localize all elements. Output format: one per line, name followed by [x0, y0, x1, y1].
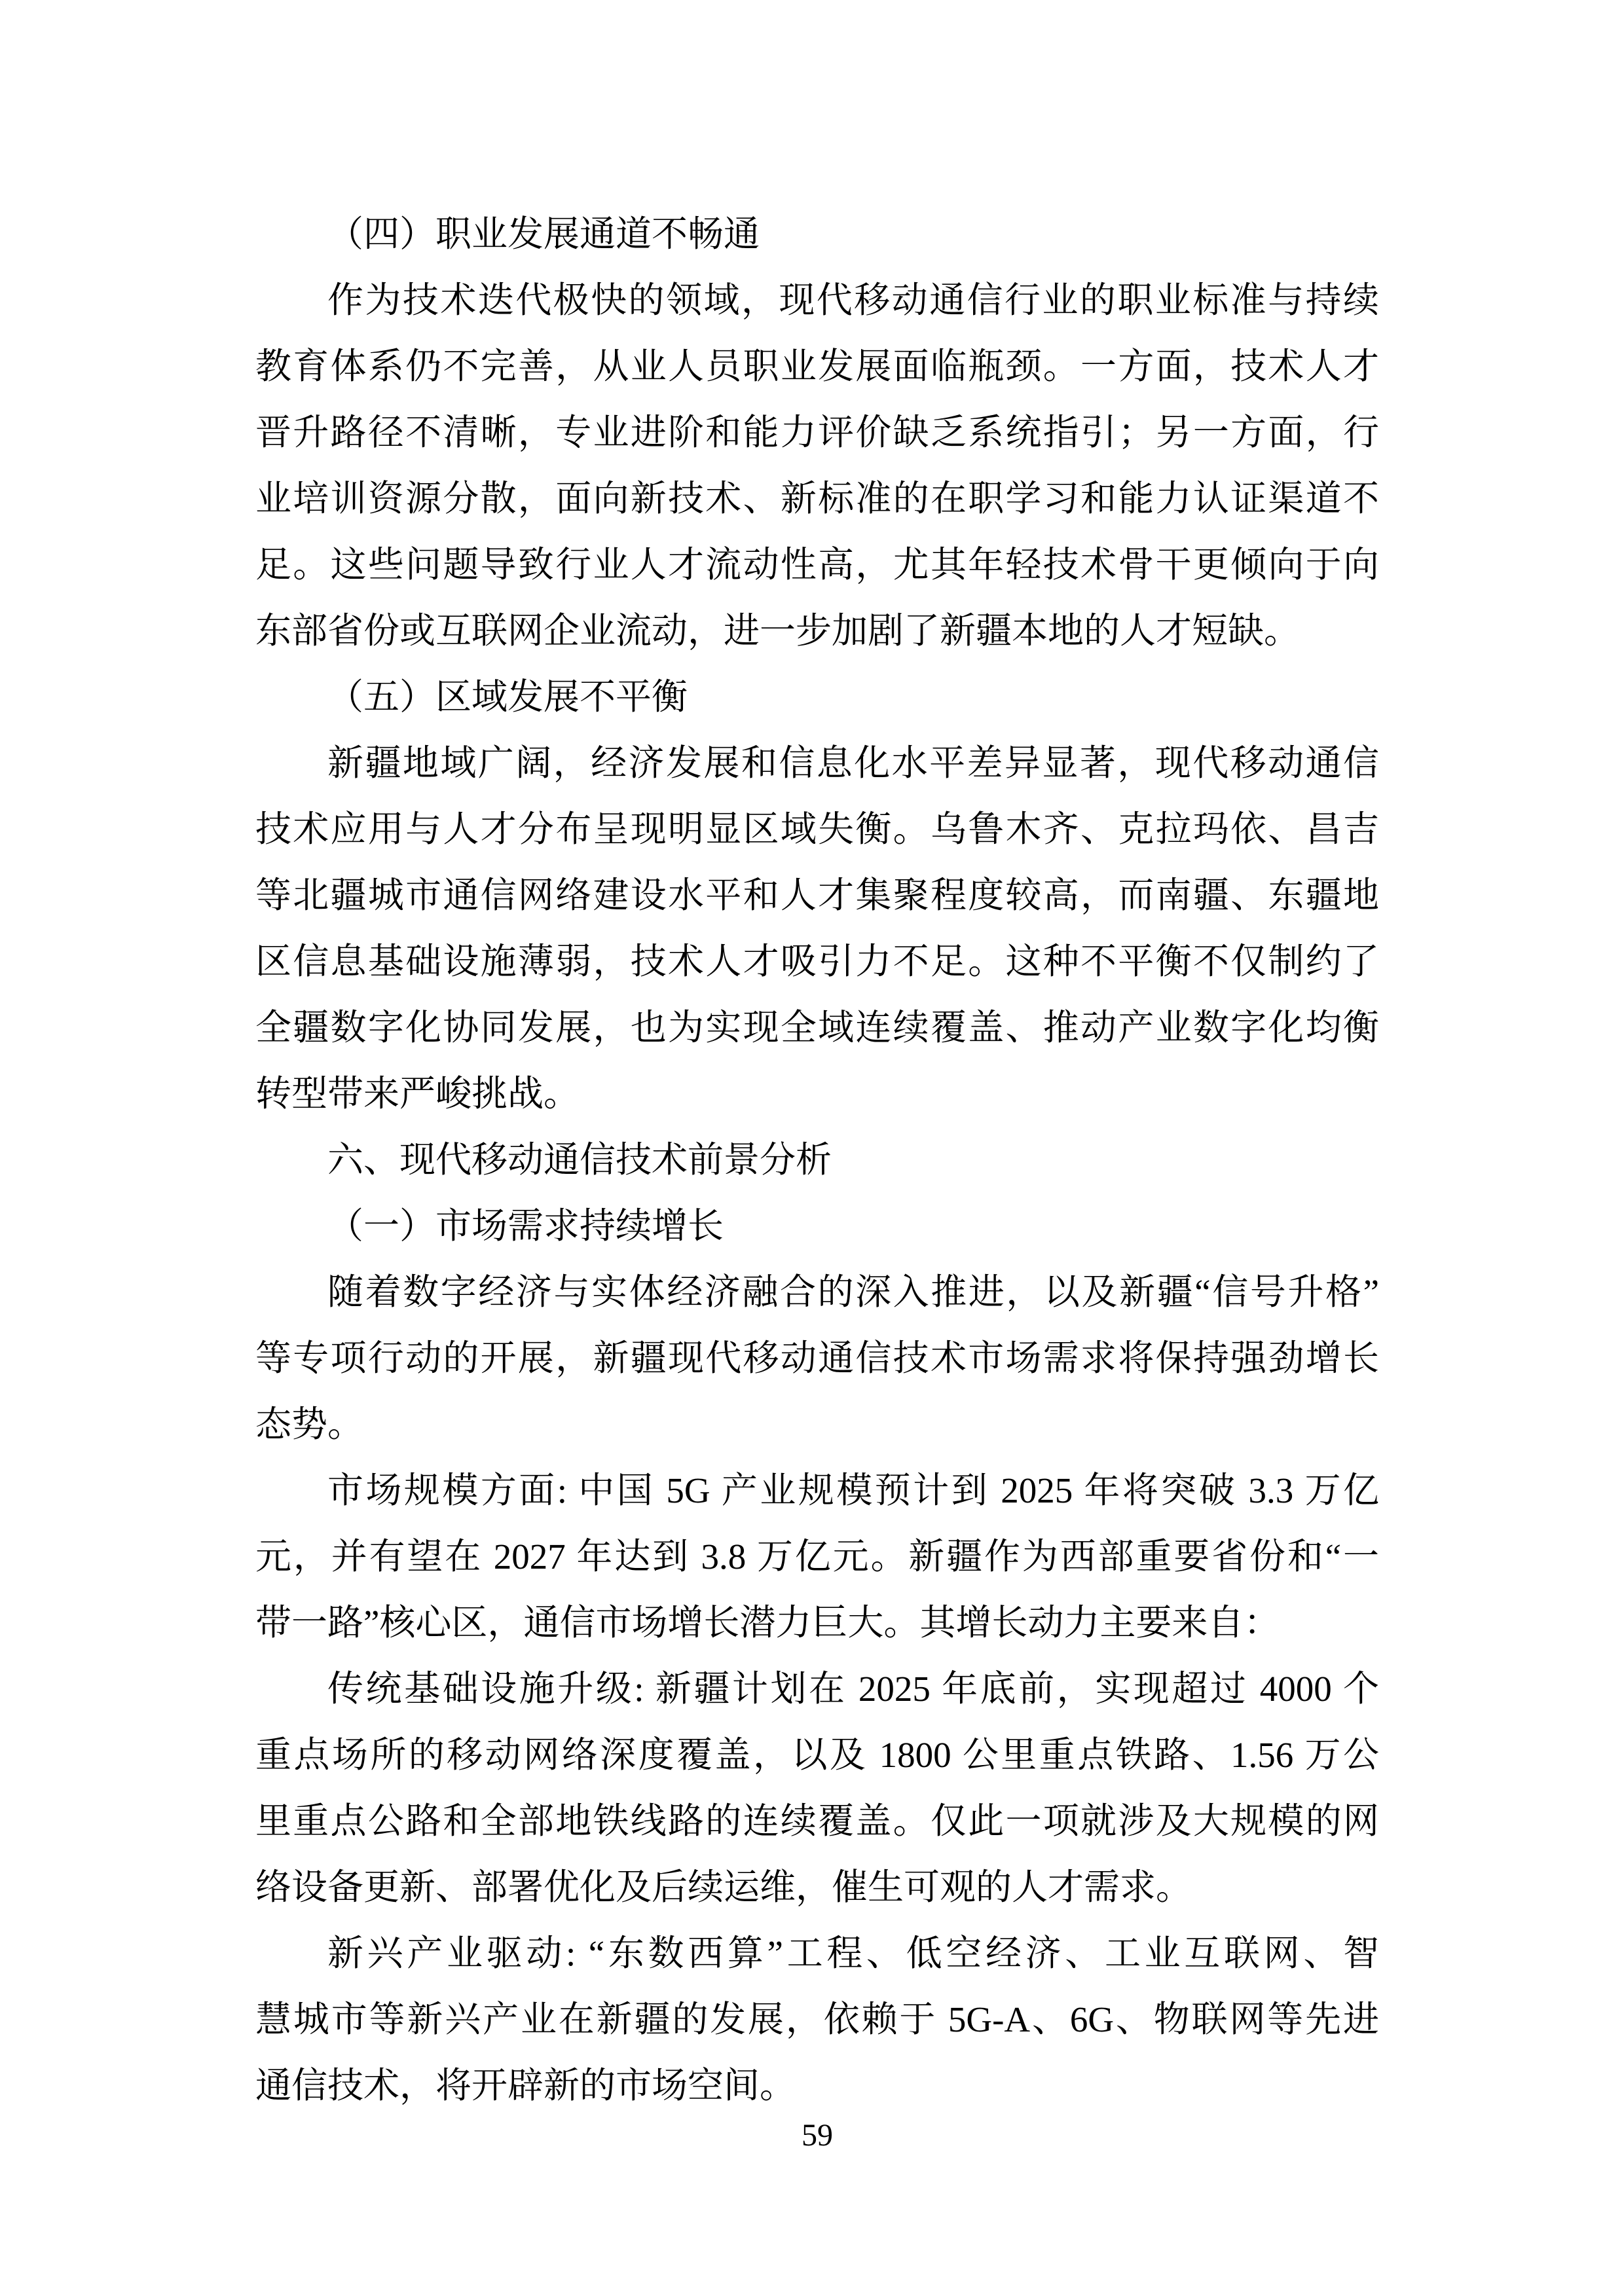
text-line-23: 传统基础设施升级: 新疆计划在 2025 年底前，实现超过 4000 个: [255, 1656, 1379, 1722]
text-line-11: 等北疆城市通信网络建设水平和人才集聚程度较高，而南疆、东疆地: [255, 862, 1379, 928]
text-line-10: 技术应用与人才分布呈现明显区域失衡。乌鲁木齐、克拉玛依、昌吉: [255, 796, 1379, 862]
text-line-9: 新疆地域广阔，经济发展和信息化水平差异显著，现代移动通信: [255, 730, 1379, 796]
text-line-17: 随着数字经济与实体经济融合的深入推进，以及新疆“信号升格”: [255, 1259, 1379, 1325]
page-number: 59: [255, 2117, 1379, 2155]
text-line-18: 等专项行动的开展，新疆现代移动通信技术市场需求将保持强劲增长: [255, 1325, 1379, 1391]
text-line-14: 转型带来严峻挑战。: [255, 1061, 1379, 1127]
text-line-5: 业培训资源分散，面向新技术、新标准的在职学习和能力认证渠道不: [255, 465, 1379, 532]
text-line-4: 晋升路径不清晰，专业进阶和能力评价缺乏系统指引；另一方面，行: [255, 399, 1379, 465]
text-line-28: 慧城市等新兴产业在新疆的发展，依赖于 5G-A、6G、物联网等先进: [255, 1986, 1379, 2052]
text-block: （四）职业发展通道不畅通作为技术迭代极快的领域，现代移动通信行业的职业标准与持续…: [255, 201, 1379, 2119]
text-line-8: （五）区域发展不平衡: [255, 664, 1379, 730]
text-line-3: 教育体系仍不完善，从业人员职业发展面临瓶颈。一方面，技术人才: [255, 333, 1379, 399]
text-line-13: 全疆数字化协同发展，也为实现全域连续覆盖、推动产业数字化均衡: [255, 994, 1379, 1061]
text-line-6: 足。这些问题导致行业人才流动性高，尤其年轻技术骨干更倾向于向: [255, 532, 1379, 598]
text-line-16: （一）市场需求持续增长: [255, 1193, 1379, 1259]
text-line-19: 态势。: [255, 1391, 1379, 1457]
text-line-15: 六、现代移动通信技术前景分析: [255, 1127, 1379, 1193]
text-line-29: 通信技术，将开辟新的市场空间。: [255, 2052, 1379, 2119]
text-line-24: 重点场所的移动网络深度覆盖，以及 1800 公里重点铁路、1.56 万公: [255, 1722, 1379, 1788]
text-line-22: 带一路”核心区，通信市场增长潜力巨大。其增长动力主要来自：: [255, 1590, 1379, 1656]
text-line-2: 作为技术迭代极快的领域，现代移动通信行业的职业标准与持续: [255, 267, 1379, 333]
text-line-21: 元，并有望在 2027 年达到 3.8 万亿元。新疆作为西部重要省份和“一: [255, 1523, 1379, 1590]
text-line-1: （四）职业发展通道不畅通: [255, 201, 1379, 267]
text-line-12: 区信息基础设施薄弱，技术人才吸引力不足。这种不平衡不仅制约了: [255, 928, 1379, 994]
document-page: （四）职业发展通道不畅通作为技术迭代极快的领域，现代移动通信行业的职业标准与持续…: [0, 0, 1624, 2296]
text-line-7: 东部省份或互联网企业流动，进一步加剧了新疆本地的人才短缺。: [255, 598, 1379, 664]
text-line-26: 络设备更新、部署优化及后续运维，催生可观的人才需求。: [255, 1854, 1379, 1920]
text-line-25: 里重点公路和全部地铁线路的连续覆盖。仅此一项就涉及大规模的网: [255, 1788, 1379, 1854]
text-line-27: 新兴产业驱动: “东数西算”工程、低空经济、工业互联网、智: [255, 1920, 1379, 1986]
text-line-20: 市场规模方面: 中国 5G 产业规模预计到 2025 年将突破 3.3 万亿: [255, 1457, 1379, 1523]
